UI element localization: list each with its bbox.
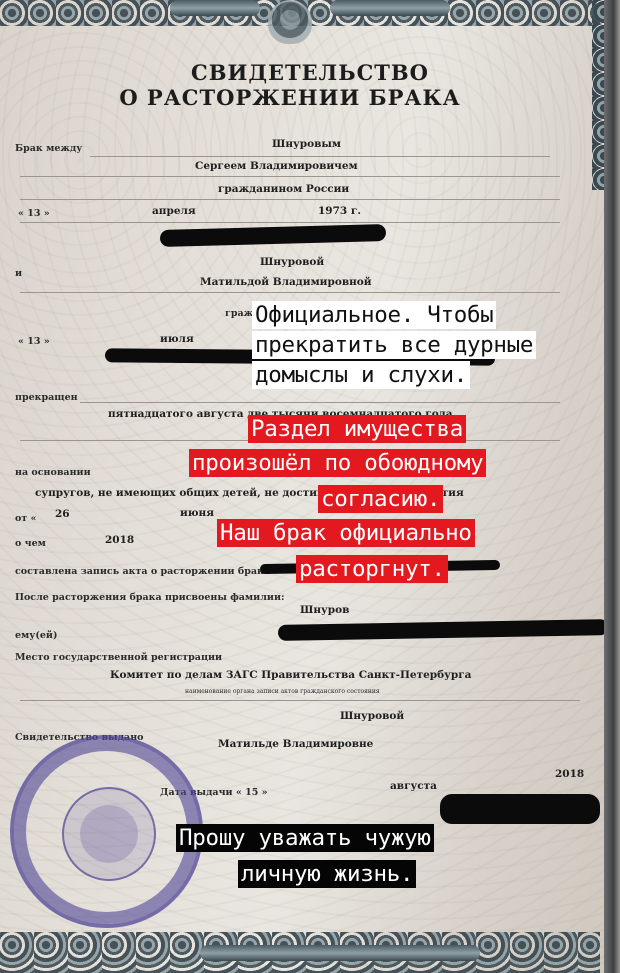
after-surname: Шнуров xyxy=(300,604,349,616)
field-label: и xyxy=(15,268,22,279)
issue-month: августа xyxy=(390,780,437,792)
wife-dob-day: « 13 » xyxy=(18,336,50,347)
divider xyxy=(20,292,560,293)
husband-name: Сергеем Владимировичем xyxy=(195,160,358,172)
redaction-mark xyxy=(440,794,600,824)
citizenship: гражданином России xyxy=(218,183,349,195)
wife-citizenship: граж xyxy=(225,308,253,319)
wife-name: Матильдой Владимировной xyxy=(200,276,372,288)
certificate-photo: СВИДЕТЕЛЬСТВО О РАСТОРЖЕНИИ БРАКА Брак м… xyxy=(0,0,620,973)
issued-name: Матильде Владимировне xyxy=(218,738,373,750)
husband-surname: Шнуровым xyxy=(272,138,341,150)
divider xyxy=(20,222,560,223)
dob-day: « 13 » xyxy=(18,208,50,219)
field-label: Брак между xyxy=(15,143,82,154)
ornament-band xyxy=(200,945,480,961)
field-label: Место государственной регистрации xyxy=(15,652,222,663)
divider xyxy=(90,156,550,157)
field-label: После расторжения брака присвоены фамили… xyxy=(15,592,285,603)
wife-dob-month: июля xyxy=(160,333,194,345)
divider xyxy=(20,700,580,701)
from-month: июня xyxy=(180,507,214,519)
field-label: составлена запись акта о расторжении бра… xyxy=(15,566,270,577)
caption-line: прекратить все дурные xyxy=(252,331,536,359)
field-label: прекращен xyxy=(15,392,78,403)
ornament-band xyxy=(330,0,450,16)
redaction-mark xyxy=(160,224,386,247)
issue-year: 2018 xyxy=(555,768,584,780)
divider xyxy=(20,176,560,177)
divider xyxy=(20,199,560,200)
field-label: о чем xyxy=(15,538,46,549)
registration-place: Комитет по делам ЗАГС Правительства Санк… xyxy=(110,669,471,681)
ornament-band xyxy=(170,0,260,16)
caption-line: Раздел имущества xyxy=(248,415,466,443)
from-day: 26 xyxy=(55,508,70,520)
wife-surname: Шнуровой xyxy=(260,256,324,268)
official-seal-icon xyxy=(10,735,203,928)
field-label: на основании xyxy=(15,467,91,478)
caption-line: согласию. xyxy=(318,485,443,513)
dob-year: 1973 г. xyxy=(318,205,361,217)
issued-surname: Шнуровой xyxy=(340,710,404,722)
document-subtitle: О РАСТОРЖЕНИИ БРАКА xyxy=(0,85,600,110)
caption-line: произошёл по обоюдному xyxy=(189,449,486,477)
caption-line: расторгнут. xyxy=(296,555,448,583)
coat-of-arms-icon xyxy=(268,0,312,44)
field-label: от « xyxy=(15,513,36,524)
field-caption: наименование органа записи актов граждан… xyxy=(185,688,380,695)
caption-line: Официальное. Чтобы xyxy=(252,301,496,329)
photo-edge xyxy=(604,0,620,973)
eagle-emblem-icon xyxy=(62,787,156,881)
caption-line: домыслы и слухи. xyxy=(252,361,470,389)
document-title: СВИДЕТЕЛЬСТВО xyxy=(0,60,620,85)
redaction-mark xyxy=(278,619,608,641)
divider xyxy=(80,402,560,403)
caption-line: Прошу уважать чужую xyxy=(176,824,434,852)
year: 2018 xyxy=(105,534,134,546)
caption-line: личную жизнь. xyxy=(238,860,416,888)
field-label: ему(ей) xyxy=(15,630,57,641)
caption-line: Наш брак официально xyxy=(217,519,475,547)
dob-month: апреля xyxy=(152,205,196,217)
